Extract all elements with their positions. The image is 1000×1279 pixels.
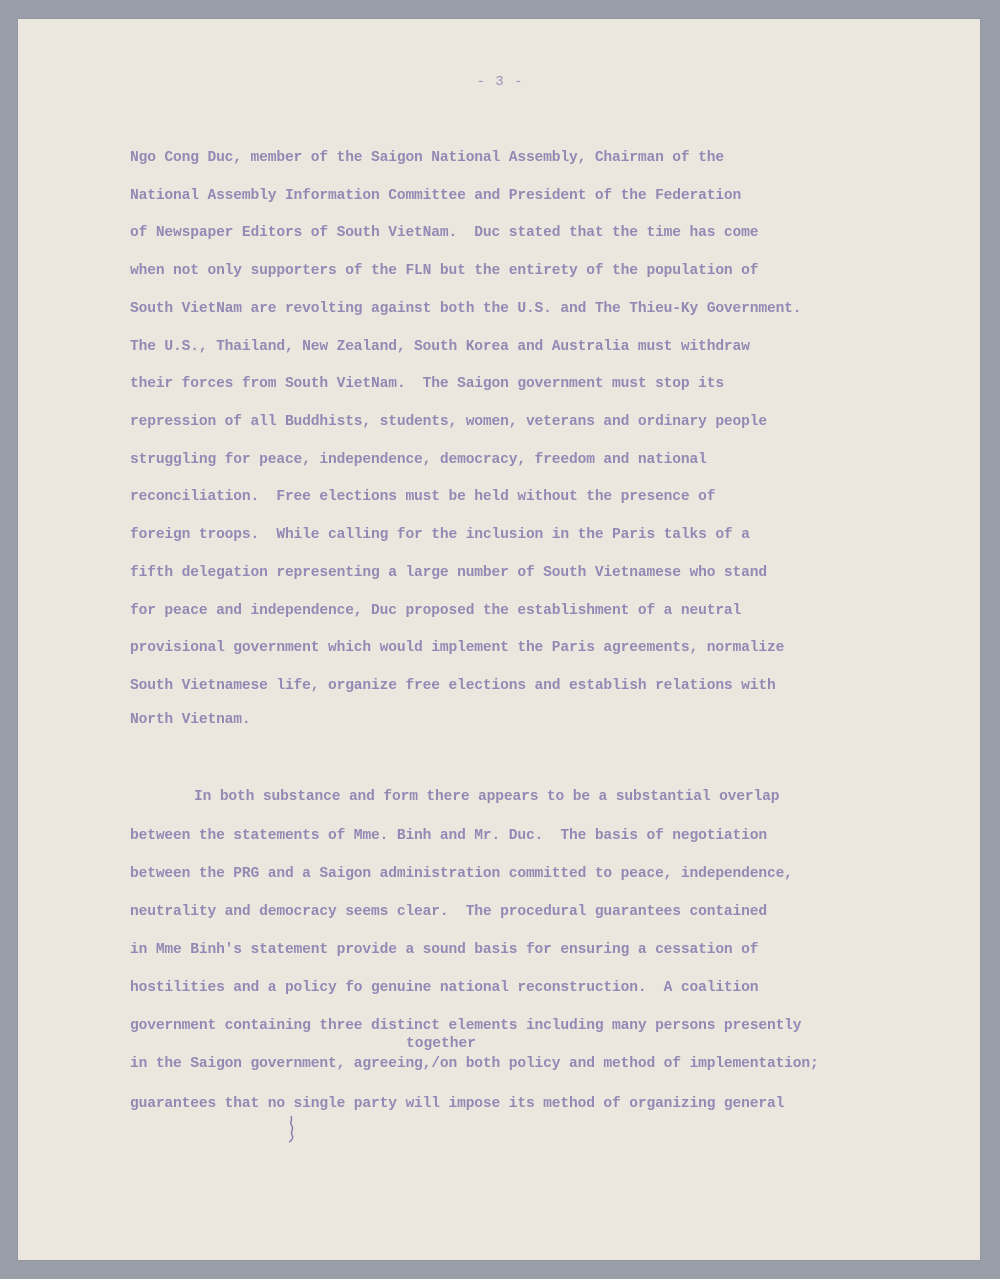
text-line: In both substance and form there appears…: [194, 789, 779, 805]
text-line: in the Saigon government, agreeing,/on b…: [130, 1056, 819, 1072]
text-line: hostilities and a policy fo genuine nati…: [130, 980, 758, 996]
text-line: repression of all Buddhists, students, w…: [130, 414, 767, 430]
text-line: fifth delegation representing a large nu…: [130, 565, 767, 581]
text-line: when not only supporters of the FLN but …: [130, 263, 758, 279]
text-line: their forces from South VietNam. The Sai…: [130, 376, 724, 392]
text-line: reconciliation. Free elections must be h…: [130, 489, 715, 505]
text-line: neutrality and democracy seems clear. Th…: [130, 904, 767, 920]
text-line: Ngo Cong Duc, member of the Saigon Natio…: [130, 150, 724, 166]
text-line: government containing three distinct ele…: [130, 1018, 801, 1034]
handwritten-mark-icon: [285, 1114, 297, 1144]
text-line: guarantees that no single party will imp…: [130, 1096, 784, 1112]
page-number: - 3 -: [0, 74, 1000, 90]
text-line: of Newspaper Editors of South VietNam. D…: [130, 225, 758, 241]
text-line: provisional government which would imple…: [130, 640, 784, 656]
text-line: North Vietnam.: [130, 712, 251, 728]
text-line: between the PRG and a Saigon administrat…: [130, 866, 793, 882]
text-line: for peace and independence, Duc proposed…: [130, 603, 741, 619]
text-line: foreign troops. While calling for the in…: [130, 527, 750, 543]
text-line: struggling for peace, independence, demo…: [130, 452, 707, 468]
text-line: National Assembly Information Committee …: [130, 188, 741, 204]
interlinear-insertion: together: [406, 1036, 476, 1052]
text-line: South VietNam are revolting against both…: [130, 301, 801, 317]
text-line: South Vietnamese life, organize free ele…: [130, 678, 776, 694]
text-line: in Mme Binh's statement provide a sound …: [130, 942, 758, 958]
text-line: between the statements of Mme. Binh and …: [130, 828, 767, 844]
text-line: The U.S., Thailand, New Zealand, South K…: [130, 339, 750, 355]
